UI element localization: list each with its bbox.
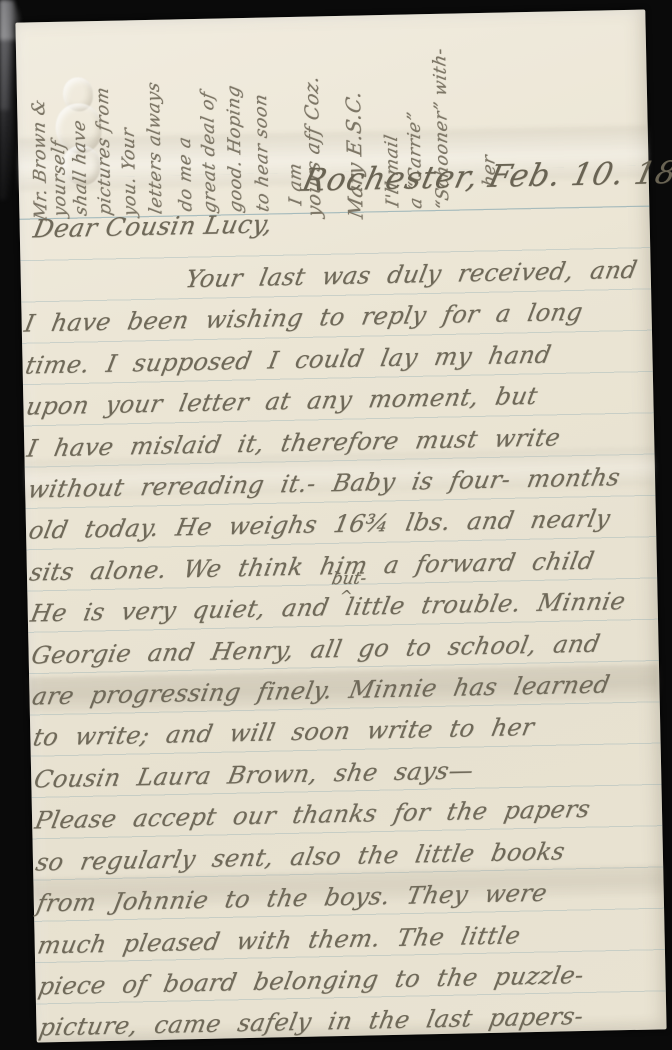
cross-writing-line: to hear soon [251, 92, 274, 213]
cross-writing-line: yourself [49, 139, 71, 219]
cross-writing-line: Mr. Brown & [29, 97, 52, 222]
cross-writing-line: Mary E.S.C. [341, 88, 368, 220]
cross-writing-line: pictures from [93, 85, 116, 217]
cross-writing-line: letters always [144, 80, 167, 216]
embossed-seal-detail [63, 77, 94, 112]
cross-writing: Mr. Brown & yourself shall have pictures… [15, 10, 645, 23]
cross-writing-line: great deal of [198, 90, 221, 215]
insertion-note: but- ^ [318, 571, 376, 604]
letter-scan: Mr. Brown & yourself shall have pictures… [0, 0, 672, 1050]
cross-writing-line: shall have [69, 118, 91, 217]
letter-paper: Mr. Brown & yourself shall have pictures… [15, 10, 666, 1043]
salutation: Dear Cousin Lucy, [31, 209, 275, 243]
dateline: Rochester, Feb. 10. 1874 [299, 154, 672, 199]
cross-writing-line: do me a [175, 135, 197, 213]
cross-writing-line: you. Your [119, 126, 141, 218]
scan-smudge [0, 0, 14, 200]
letter-body: Your last was duly received, and I have … [23, 249, 666, 1049]
cross-writing-line: good. Hoping [224, 83, 247, 214]
scan-smudge [0, 0, 9, 110]
insertion-caret: ^ [318, 588, 373, 604]
